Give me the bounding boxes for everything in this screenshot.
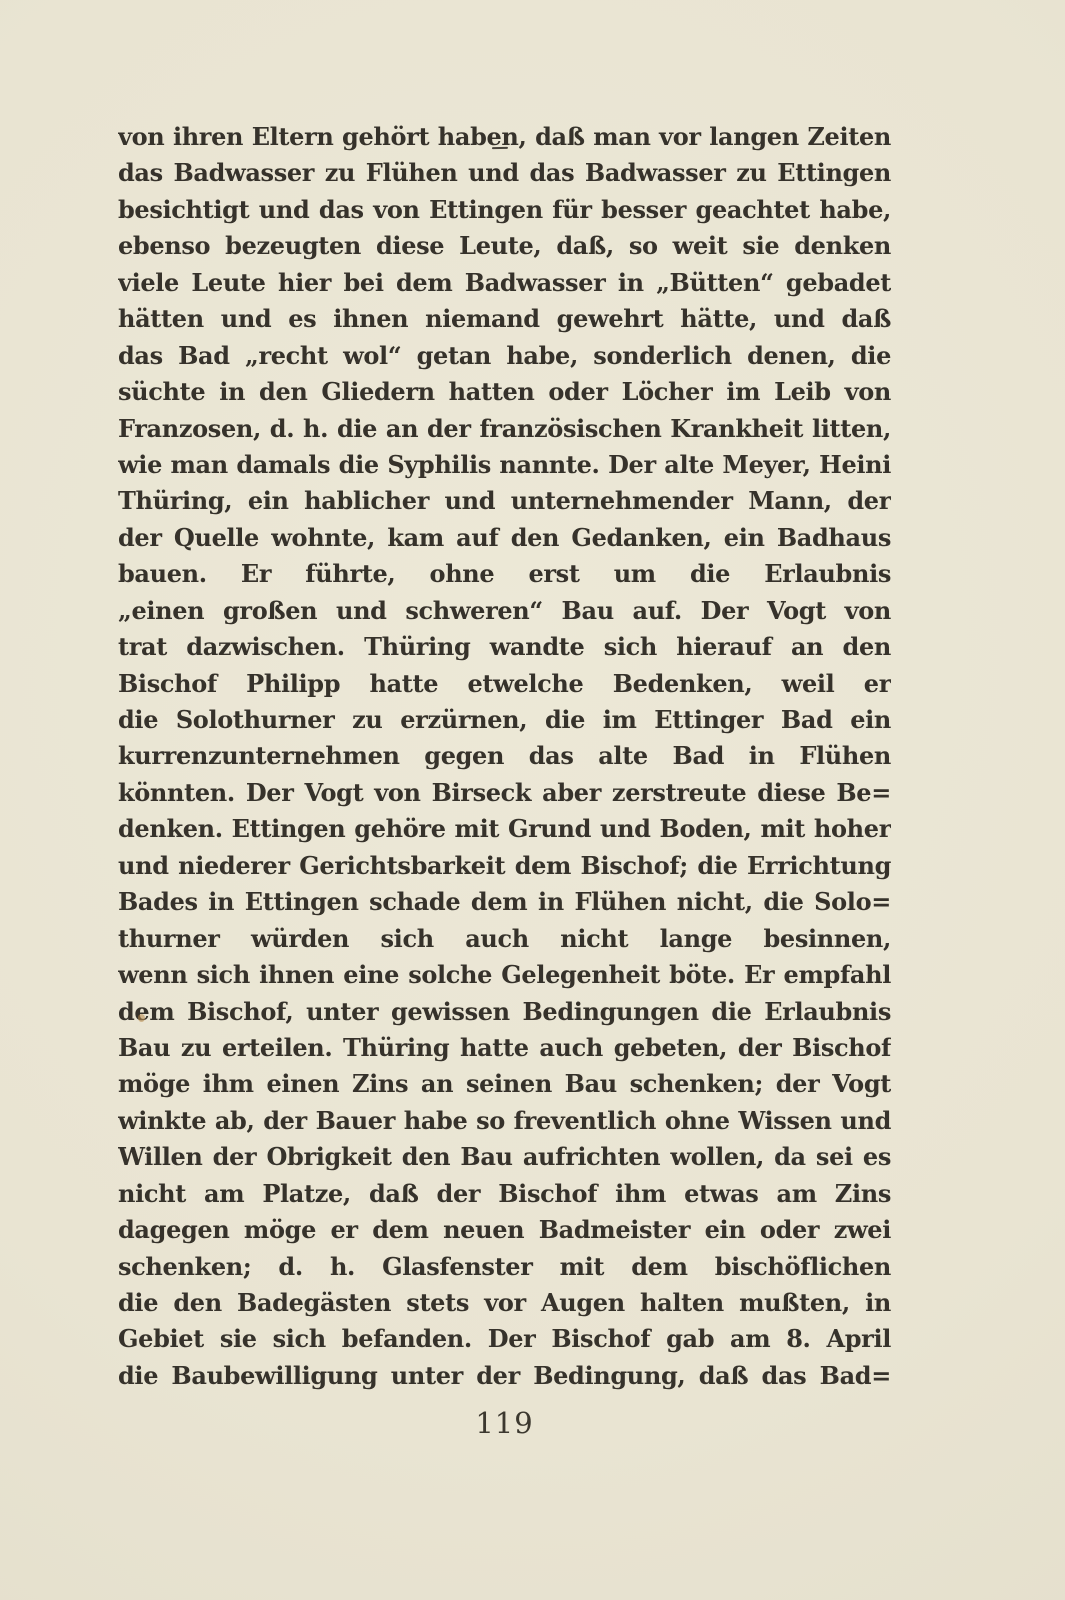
body-text: von ihren Eltern gehört haben, daß man v… — [118, 119, 891, 1394]
text-line: viele Leute hier bei dem Badwasser in „B… — [118, 265, 891, 301]
text-line: trat dazwischen. Thüring wandte sich hie… — [118, 629, 891, 665]
paper-stain — [138, 1014, 145, 1022]
text-line: süchte in den Gliedern hatten oder Löche… — [118, 374, 891, 410]
text-line: „einen großen und schweren“ Bau auf. Der… — [118, 593, 891, 629]
text-line: besichtigt und das von Ettingen für bess… — [118, 192, 891, 228]
text-line: thurner würden sich auch nicht lange bes… — [118, 921, 891, 957]
text-line: der Quelle wohnte, kam auf den Gedanken,… — [118, 520, 891, 556]
text-line: die Solothurner zu erzürnen, die im Etti… — [118, 702, 891, 738]
text-line: hätten und es ihnen niemand gewehrt hätt… — [118, 301, 891, 337]
text-line: winkte ab, der Bauer habe so freventlich… — [118, 1103, 891, 1139]
text-line: die den Badegästen stets vor Augen halte… — [118, 1285, 891, 1321]
text-line: Franzosen, d. h. die an der französische… — [118, 411, 891, 447]
text-line: die Baubewilligung unter der Bedingung, … — [118, 1358, 891, 1394]
page-number: 119 — [118, 1406, 891, 1440]
text-line: Bau zu erteilen. Thüring hatte auch gebe… — [118, 1030, 891, 1066]
scanned-book-page: von ihren Eltern gehört haben, daß man v… — [0, 0, 1065, 1600]
text-line: von ihren Eltern gehört haben, daß man v… — [118, 119, 891, 155]
text-line: Gebiet sie sich befanden. Der Bischof ga… — [118, 1321, 891, 1357]
text-line: das Badwasser zu Flühen und das Badwasse… — [118, 155, 891, 191]
text-line: ebenso bezeugten diese Leute, daß, so we… — [118, 228, 891, 264]
text-line: nicht am Platze, daß der Bischof ihm etw… — [118, 1176, 891, 1212]
text-line: das Bad „recht wol“ getan habe, sonderli… — [118, 338, 891, 374]
text-line: Bischof Philipp hatte etwelche Bedenken,… — [118, 666, 891, 702]
text-line: dagegen möge er dem neuen Badmeister ein… — [118, 1212, 891, 1248]
text-line: und niederer Gerichtsbarkeit dem Bischof… — [118, 848, 891, 884]
text-line: möge ihm einen Zins an seinen Bau schenk… — [118, 1066, 891, 1102]
text-line: wie man damals die Syphilis nannte. Der … — [118, 447, 891, 483]
text-line: Willen der Obrigkeit den Bau aufrichten … — [118, 1139, 891, 1175]
text-line: schenken; d. h. Glasfenster mit dem bisc… — [118, 1249, 891, 1285]
text-line: denken. Ettingen gehöre mit Grund und Bo… — [118, 811, 891, 847]
text-line: kurrenzunternehmen gegen das alte Bad in… — [118, 738, 891, 774]
text-line: könnten. Der Vogt von Birseck aber zerst… — [118, 775, 891, 811]
text-line: Bades in Ettingen schade dem in Flühen n… — [118, 884, 891, 920]
text-line: Thüring, ein hablicher und unternehmende… — [118, 483, 891, 519]
text-line: dem Bischof, unter gewissen Bedingungen … — [118, 994, 891, 1030]
text-line: bauen. Er führte, ohne erst um die Erlau… — [118, 556, 891, 592]
text-line: wenn sich ihnen eine solche Gelegenheit … — [118, 957, 891, 993]
